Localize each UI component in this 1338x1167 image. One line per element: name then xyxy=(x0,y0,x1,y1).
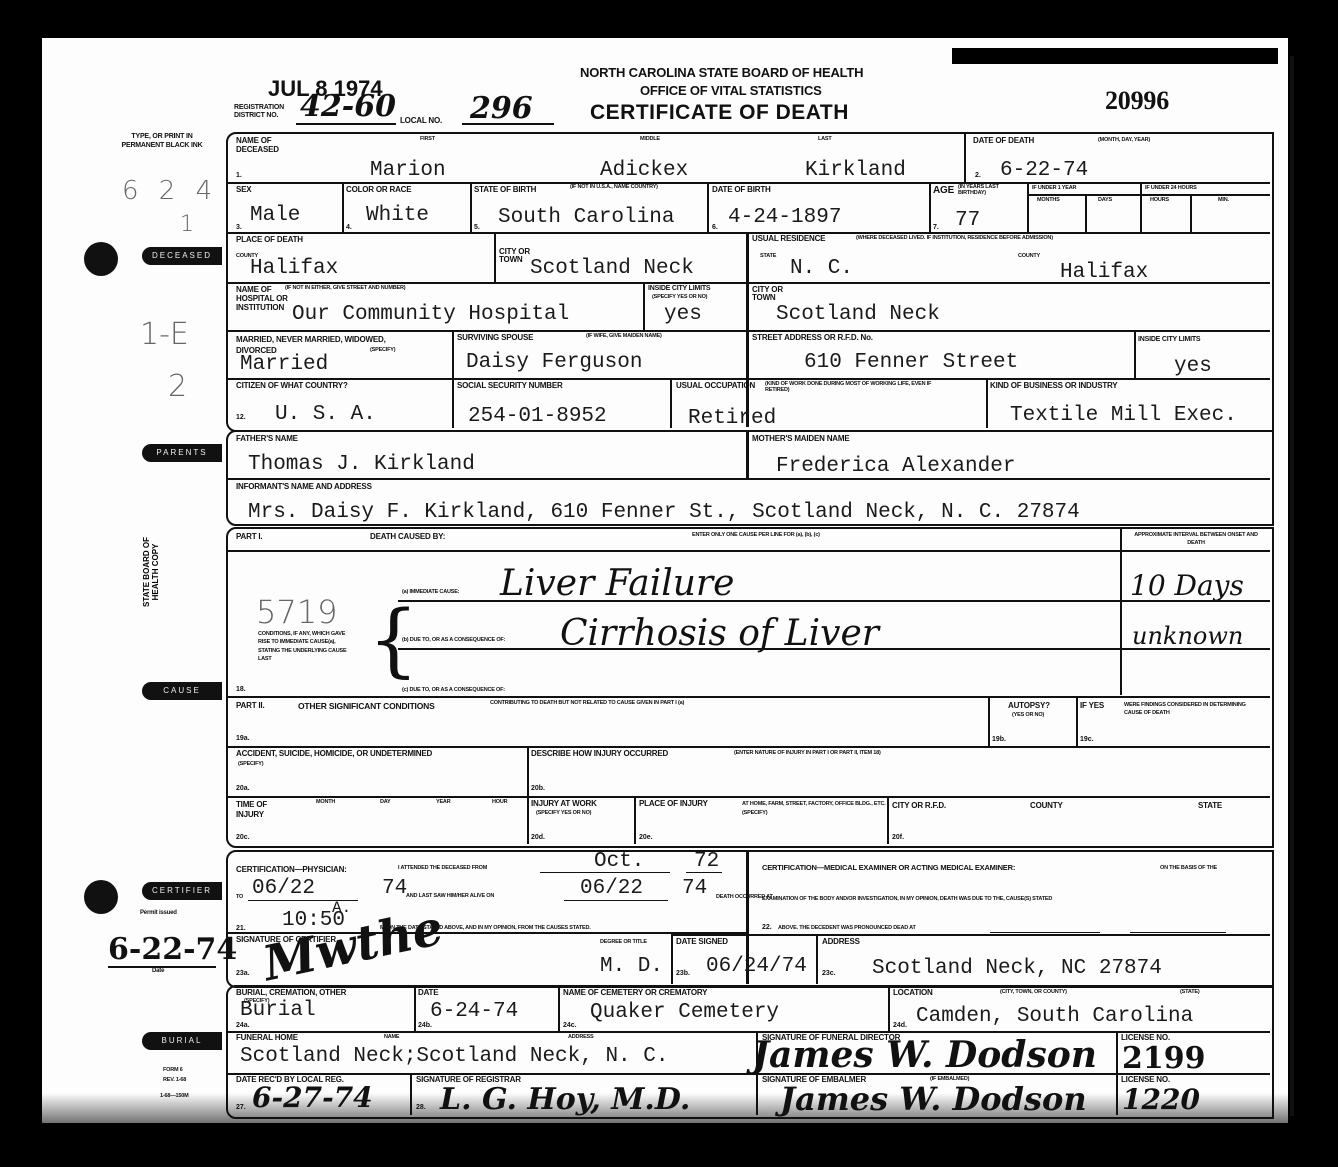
last-saw-text: AND LAST SAW HIM/HER ALIVE ON xyxy=(406,894,494,900)
underlying-cause-b: Cirrhosis of Liver xyxy=(560,616,879,652)
state-of-birth: South Carolina xyxy=(498,207,674,228)
date-signed: 06/24/74 xyxy=(706,956,807,977)
pencil-note-624: 6 2 4 xyxy=(122,178,218,204)
age-label: AGE xyxy=(933,186,954,196)
other-conditions-hint: CONTRIBUTING TO DEATH BUT NOT RELATED TO… xyxy=(490,701,684,707)
me-text-3: ABOVE. THE DECEDENT WAS PRONOUNCED DEAD … xyxy=(778,926,916,932)
injury-state-label: STATE xyxy=(1198,802,1222,810)
spouse-hint: (IF WIFE, GIVE MAIDEN NAME) xyxy=(586,334,662,340)
occupation-label: USUAL OCCUPATION xyxy=(676,382,755,390)
part2-label: PART II. xyxy=(236,702,264,710)
father-name: Thomas J. Kirkland xyxy=(248,454,475,475)
middle-name: Adickex xyxy=(600,160,688,181)
part1-label: PART I. xyxy=(236,533,262,541)
punch-hole xyxy=(84,880,118,914)
section-tab-cause: CAUSE xyxy=(142,682,222,700)
citizenship: U. S. A. xyxy=(275,404,376,425)
degree-label: DEGREE OR TITLE xyxy=(600,940,647,946)
state-of-birth-hint: (IF NOT IN U.S.A., NAME COUNTRY) xyxy=(570,185,690,191)
enter-one-cause-hint: ENTER ONLY ONE CAUSE PER LINE FOR (a), (… xyxy=(692,533,820,539)
certifier-degree: M. D. xyxy=(600,956,663,977)
attended-text: I ATTENDED THE DECEASED FROM xyxy=(398,866,487,872)
date-of-birth-label: DATE OF BIRTH xyxy=(712,186,771,194)
redaction-bar xyxy=(952,48,1278,64)
burial-date: 6-24-74 xyxy=(430,1001,518,1022)
location-label: LOCATION xyxy=(893,989,933,997)
me-cert-label: CERTIFICATION—MEDICAL EXAMINER OR ACTING… xyxy=(762,864,1015,872)
spouse-label: SURVIVING SPOUSE xyxy=(457,334,533,342)
last-name: Kirkland xyxy=(805,160,906,181)
location-hint-state: (STATE) xyxy=(1180,990,1199,996)
injury-at-work-hint: (SPECIFY YES OR NO) xyxy=(536,811,591,817)
agency-line-1: NORTH CAROLINA STATE BOARD OF HEALTH xyxy=(580,66,863,79)
certifier-address: Scotland Neck, NC 27874 xyxy=(872,958,1162,979)
form-number: FORM 6 xyxy=(163,1068,183,1074)
conditions-note: CONDITIONS, IF ANY, WHICH GAVE RISE TO I… xyxy=(258,630,348,663)
residence-label: USUAL RESIDENCE xyxy=(752,235,825,243)
mother-label: MOTHER'S MAIDEN NAME xyxy=(752,435,849,443)
permit-date: 6-22-74 xyxy=(108,935,237,965)
describe-injury-label: DESCRIBE HOW INJURY OCCURRED xyxy=(531,750,668,758)
injury-county-label: COUNTY xyxy=(1030,802,1063,810)
occupation: Retired xyxy=(688,408,776,429)
disposition-label: BURIAL, CREMATION, OTHER xyxy=(236,989,346,997)
accident-label: ACCIDENT, SUICIDE, HOMICIDE, OR UNDETERM… xyxy=(236,750,432,758)
funeral-home: Scotland Neck;Scotland Neck, N. C. xyxy=(240,1046,668,1067)
death-county: Halifax xyxy=(250,258,338,279)
scan-edge xyxy=(1290,56,1294,1116)
pencil-note-1: 1 xyxy=(180,214,194,236)
underlying-cause-b-interval: unknown xyxy=(1132,624,1243,648)
me-text-2: EXAMINATION OF THE BODY AND/OR INVESTIGA… xyxy=(762,897,1052,903)
citizen-label: CITIZEN OF WHAT COUNTRY? xyxy=(236,382,348,390)
date-format-hint: (MONTH, DAY, YEAR) xyxy=(1098,138,1150,144)
interval-label: APPROXIMATE INTERVAL BETWEEN ONSET AND D… xyxy=(1126,532,1266,547)
occupation-hint: (KIND OF WORK DONE DURING MOST OF WORKIN… xyxy=(765,382,945,393)
funeral-home-address-label: ADDRESS xyxy=(568,1035,594,1041)
attended-from-year: 72 xyxy=(694,851,719,872)
accident-hint: (SPECIFY) xyxy=(238,762,263,768)
hour-label: HOUR xyxy=(492,800,507,806)
funeral-home-name-label: NAME xyxy=(384,1035,399,1041)
last-saw-year: 74 xyxy=(682,878,707,899)
immediate-cause-label: (a) IMMEDIATE CAUSE: xyxy=(402,590,459,596)
director-license-no: 2199 xyxy=(1122,1044,1206,1074)
burial-location: Camden, South Carolina xyxy=(916,1006,1193,1027)
place-of-injury-label: PLACE OF INJURY xyxy=(639,800,708,808)
ink-instructions: TYPE, OR PRINT IN PERMANENT BLACK INK xyxy=(112,132,212,151)
age: 77 xyxy=(955,210,980,231)
last-saw-date: 06/22 xyxy=(580,878,643,899)
res-county-label: COUNTY xyxy=(1018,254,1040,260)
time-of-injury-label: TIME OF INJURY xyxy=(236,800,286,821)
hospital-name: Our Community Hospital xyxy=(292,304,569,325)
middle-name-label: MIDDLE xyxy=(640,137,660,143)
sex: Male xyxy=(250,205,300,226)
director-signature: James W. Dodson xyxy=(752,1034,1097,1076)
inside-city-label: INSIDE CITY LIMITS xyxy=(648,285,710,292)
underlying-cause-c-label: (c) DUE TO, OR AS A CONSEQUENCE OF: xyxy=(402,688,505,694)
permit-issued-label: Permit issued xyxy=(140,910,177,916)
first-name-label: FIRST xyxy=(420,137,435,143)
attended-to-year: 74 xyxy=(382,878,407,899)
ssn-label: SOCIAL SECURITY NUMBER xyxy=(457,382,563,390)
residence-state: N. C. xyxy=(790,258,853,279)
date-of-death-label: DATE OF DEATH xyxy=(973,137,1034,145)
mother-maiden-name: Frederica Alexander xyxy=(776,456,1015,477)
state-copy-label: STATE BOARD OF HEALTH COPY xyxy=(142,532,160,612)
burial-date-label: DATE xyxy=(418,989,438,997)
attended-from: Oct. xyxy=(594,851,644,872)
if-yes-hint: WERE FINDINGS CONSIDERED IN DETERMINING … xyxy=(1124,701,1264,718)
section-tab-certifier: CERTIFIER xyxy=(142,882,222,900)
father-label: FATHER'S NAME xyxy=(236,435,298,443)
registration-district-label: REGISTRATION DISTRICT NO. xyxy=(234,104,294,119)
to-label: TO xyxy=(236,895,243,901)
marital-status: Married xyxy=(240,354,328,375)
race: White xyxy=(366,205,429,226)
date-of-death: 6-22-74 xyxy=(1000,160,1088,181)
inside-city-limits: yes xyxy=(664,304,702,325)
embalmer-signature: James W. Dodson xyxy=(780,1080,1087,1118)
me-text-1: ON THE BASIS OF THE xyxy=(1160,866,1217,872)
age-hint: (IN YEARS LAST BIRTHDAY) xyxy=(958,185,1028,196)
section-tab-burial: BURIAL xyxy=(142,1032,222,1050)
hospital-hint: (IF NOT IN EITHER, GIVE STREET AND NUMBE… xyxy=(285,286,405,292)
underlying-cause-b-label: (b) DUE TO, OR AS A CONSEQUENCE OF: xyxy=(402,638,505,644)
under-1-year-label: IF UNDER 1 YEAR xyxy=(1032,186,1076,192)
injury-city-label: CITY OR R.F.D. xyxy=(892,802,946,810)
sex-label: SEX xyxy=(236,186,251,194)
residence-city: Scotland Neck xyxy=(776,304,940,325)
place-of-injury-hint: AT HOME, FARM, STREET, FACTORY, OFFICE B… xyxy=(742,800,887,818)
date-of-birth: 4-24-1897 xyxy=(728,207,841,228)
months-label: MONTHS xyxy=(1037,198,1060,204)
local-no: 296 xyxy=(470,94,533,124)
immediate-cause: Liver Failure xyxy=(500,566,734,602)
local-no-label: LOCAL NO. xyxy=(400,117,442,125)
residence-hint: (WHERE DECEASED LIVED. IF INSTITUTION, R… xyxy=(856,236,1053,242)
page-title: CERTIFICATE OF DEATH xyxy=(590,102,849,123)
first-name: Marion xyxy=(370,160,446,181)
surviving-spouse: Daisy Ferguson xyxy=(466,352,642,373)
received-date: 6-27-74 xyxy=(252,1084,373,1112)
embalmer-license-no: 1220 xyxy=(1122,1086,1200,1114)
death-caused-by-label: DEATH CAUSED BY: xyxy=(370,533,445,541)
last-name-label: LAST xyxy=(818,137,832,143)
physician-cert-label: CERTIFICATION—PHYSICIAN: xyxy=(236,866,347,874)
registration-district-no: 42-60 xyxy=(300,92,396,122)
informant-label: INFORMANT'S NAME AND ADDRESS xyxy=(236,483,372,491)
if-yes-label: IF YES xyxy=(1080,702,1104,710)
death-city: Scotland Neck xyxy=(530,258,694,279)
pencil-note-1e: 1-E xyxy=(140,320,189,350)
autopsy-hint: (YES OR NO) xyxy=(1012,713,1044,719)
day-label: DAY xyxy=(380,800,391,806)
res-city-label: CITY OR TOWN xyxy=(752,286,792,302)
immediate-cause-interval: 10 Days xyxy=(1130,572,1244,600)
res-street-label: STREET ADDRESS OR R.F.D. No. xyxy=(752,334,873,342)
form-print-run: 1-68—150M xyxy=(160,1094,188,1100)
location-hint-city: (CITY, TOWN, OR COUNTY) xyxy=(1000,990,1067,996)
inside-city-hint: (SPECIFY YES OR NO) xyxy=(652,295,707,301)
days-label: DAYS xyxy=(1098,198,1112,204)
residence-street: 610 Fenner Street xyxy=(804,352,1018,373)
pencil-note-2: 2 xyxy=(168,372,187,402)
time-am-pm: A. xyxy=(332,900,351,916)
cemetery-label: NAME OF CEMETERY OR CREMATORY xyxy=(563,989,707,997)
section-tab-deceased: DECEASED xyxy=(142,247,222,265)
form-revision: REV. 1-68 xyxy=(163,1078,186,1084)
punch-hole xyxy=(84,242,118,276)
business-industry: Textile Mill Exec. xyxy=(1010,405,1237,426)
marital-hint: (SPECIFY) xyxy=(370,348,395,354)
residence-county: Halifax xyxy=(1060,262,1148,283)
residence-inside-city: yes xyxy=(1174,356,1212,377)
state-of-birth-label: STATE OF BIRTH xyxy=(474,186,536,194)
minutes-label: MIN. xyxy=(1218,198,1229,204)
permit-date-label: Date xyxy=(152,968,164,974)
describe-injury-hint: (ENTER NATURE OF INJURY IN PART I OR PAR… xyxy=(734,751,881,757)
month-label: MONTH xyxy=(316,800,335,806)
cemetery-name: Quaker Cemetery xyxy=(590,1002,779,1023)
social-security-number: 254-01-8952 xyxy=(468,406,607,427)
attended-to: 06/22 xyxy=(252,878,315,899)
certificate-number: 20996 xyxy=(1105,88,1169,114)
res-inside-city-label: INSIDE CITY LIMITS xyxy=(1138,336,1200,343)
agency-line-2: OFFICE OF VITAL STATISTICS xyxy=(640,84,822,97)
informant-name-address: Mrs. Daisy F. Kirkland, 610 Fenner St., … xyxy=(248,502,1080,523)
hours-label: HOURS xyxy=(1150,198,1169,204)
other-conditions-label: OTHER SIGNIFICANT CONDITIONS xyxy=(298,702,435,711)
autopsy-label: AUTOPSY? xyxy=(1008,702,1050,710)
pencil-note-5719: 5719 xyxy=(256,596,337,628)
funeral-home-label: FUNERAL HOME xyxy=(236,1034,298,1042)
business-label: KIND OF BUSINESS OR INDUSTRY xyxy=(990,382,1117,390)
registrar-signature: L. G. Hoy, M.D. xyxy=(440,1082,690,1117)
year-label: YEAR xyxy=(436,800,450,806)
res-state-label: STATE xyxy=(760,254,776,260)
injury-at-work-label: INJURY AT WORK xyxy=(531,800,597,808)
place-of-death-label: PLACE OF DEATH xyxy=(236,236,303,244)
disposition: Burial xyxy=(240,1000,316,1021)
name-label: NAME OF DECEASED xyxy=(236,137,296,155)
date-signed-label: DATE SIGNED xyxy=(676,938,728,946)
under-24-hours-label: IF UNDER 24 HOURS xyxy=(1145,186,1197,192)
certifier-address-label: ADDRESS xyxy=(822,938,860,946)
section-tab-parents: PARENTS xyxy=(142,444,222,462)
race-label: COLOR OR RACE xyxy=(346,186,411,194)
